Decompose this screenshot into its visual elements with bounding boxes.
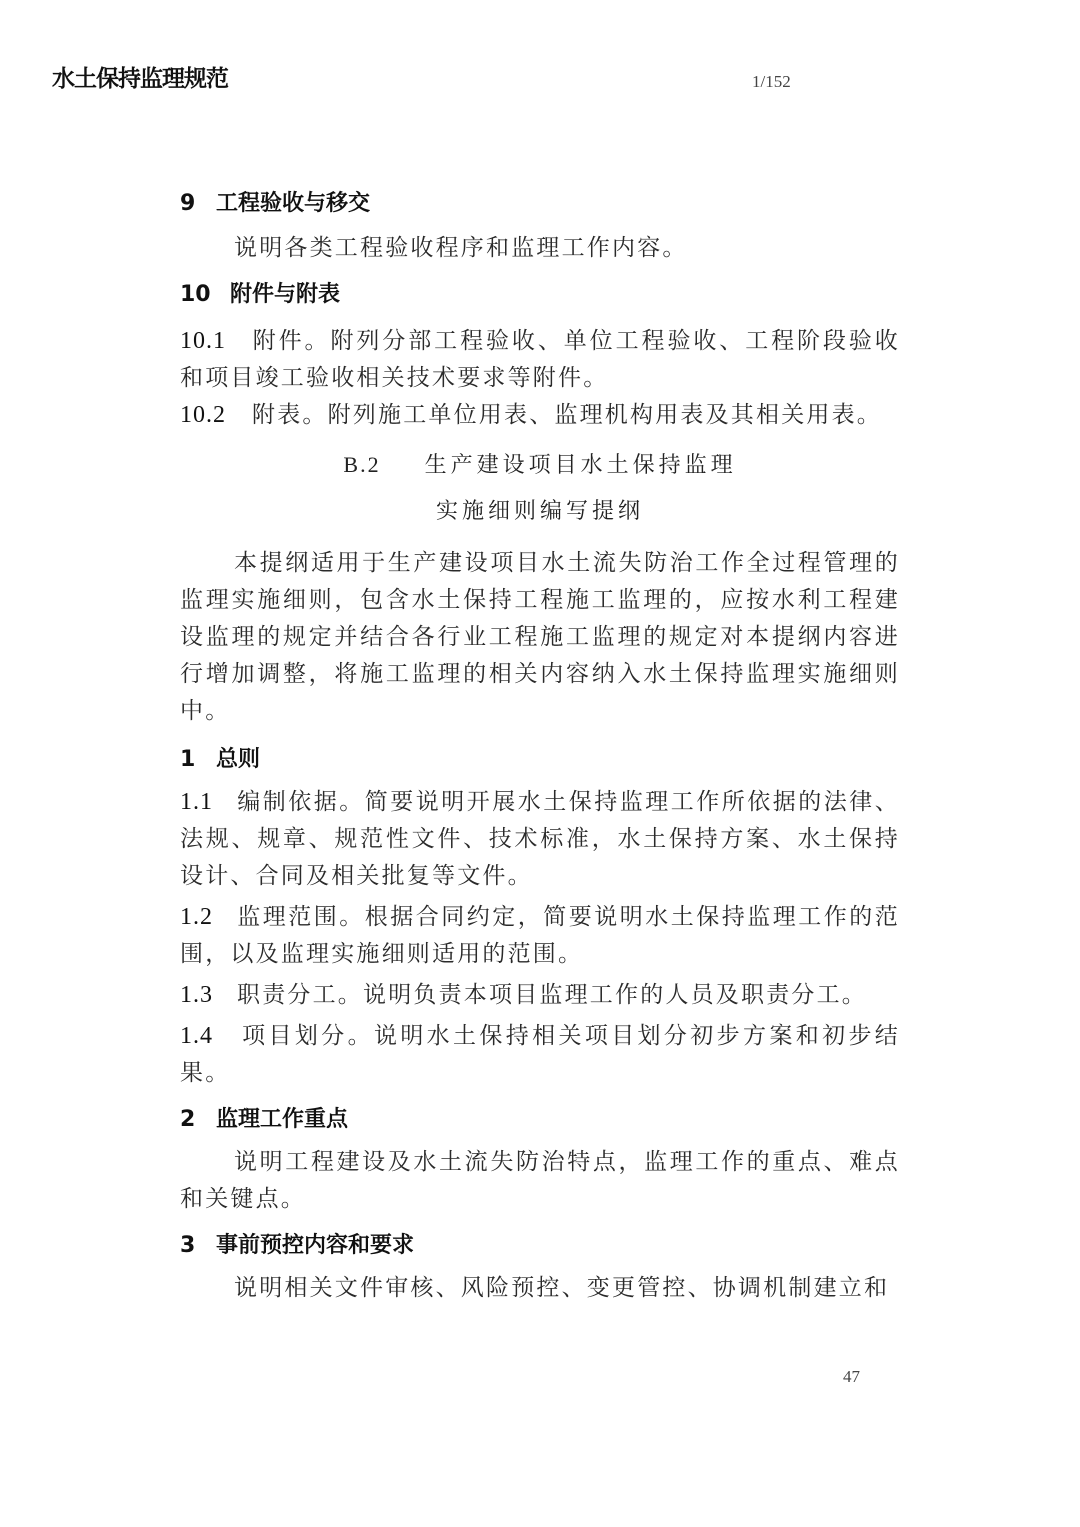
section-body-2: 说明工程建设及水土流失防治特点，监理工作的重点、难点和关键点。 bbox=[180, 1144, 900, 1218]
clause-number: 1.2 bbox=[180, 899, 213, 936]
section-heading-9: 9工程验收与移交 bbox=[180, 186, 900, 222]
section-number: 3 bbox=[180, 1228, 216, 1264]
section-title: 事前预控内容和要求 bbox=[216, 1233, 414, 1258]
section-body-3: 说明相关文件审核、风险预控、变更管控、协调机制建立和 bbox=[180, 1270, 900, 1307]
clause-number: 1.4 bbox=[180, 1018, 213, 1055]
clause-10-2: 10.2附表。附列施工单位用表、监理机构用表及其相关用表。 bbox=[180, 397, 900, 434]
clause-1-4: 1.4项目划分。说明水土保持相关项目划分初步方案和初步结果。 bbox=[180, 1018, 900, 1092]
section-title: 附件与附表 bbox=[230, 282, 340, 307]
appendix-code: B.2 bbox=[343, 452, 380, 477]
clause-number: 1.3 bbox=[180, 977, 213, 1014]
clause-1-3: 1.3职责分工。说明负责本项目监理工作的人员及职责分工。 bbox=[180, 977, 900, 1014]
clause-1-2: 1.2监理范围。根据合同约定，简要说明水土保持监理工作的范围，以及监理实施细则适… bbox=[180, 899, 900, 973]
clause-number: 10.2 bbox=[180, 397, 226, 434]
appendix-title: 生产建设项目水土保持监理 bbox=[425, 453, 737, 478]
page-number: 47 bbox=[843, 1367, 860, 1387]
page-content: 9工程验收与移交 说明各类工程验收程序和监理工作内容。 10附件与附表 10.1… bbox=[180, 186, 900, 1307]
section-number: 1 bbox=[180, 742, 216, 778]
clause-1-1: 1.1编制依据。简要说明开展水土保持监理工作所依据的法律、法规、规章、规范性文件… bbox=[180, 784, 900, 895]
section-title: 工程验收与移交 bbox=[216, 191, 370, 216]
clause-text: 职责分工。说明负责本项目监理工作的人员及职责分工。 bbox=[237, 982, 867, 1008]
clause-number: 10.1 bbox=[180, 323, 226, 360]
clause-10-1: 10.1附件。附列分部工程验收、单位工程验收、工程阶段验收和项目竣工验收相关技术… bbox=[180, 323, 900, 397]
section-title: 监理工作重点 bbox=[216, 1107, 348, 1132]
clause-text: 监理范围。根据合同约定，简要说明水土保持监理工作的范围，以及监理实施细则适用的范… bbox=[180, 904, 900, 967]
document-title: 水土保持监理规范 bbox=[52, 62, 228, 96]
section-heading-2: 2监理工作重点 bbox=[180, 1102, 900, 1138]
section-heading-1: 1总则 bbox=[180, 742, 900, 778]
section-number: 9 bbox=[180, 186, 216, 222]
appendix-title-line-1: B.2生产建设项目水土保持监理 bbox=[180, 442, 900, 489]
section-body-9: 说明各类工程验收程序和监理工作内容。 bbox=[180, 230, 900, 267]
section-number: 2 bbox=[180, 1102, 216, 1138]
clause-text: 编制依据。简要说明开展水土保持监理工作所依据的法律、法规、规章、规范性文件、技术… bbox=[180, 789, 900, 889]
appendix-title-line-2: 实施细则编写提纲 bbox=[180, 489, 900, 535]
clause-text: 附表。附列施工单位用表、监理机构用表及其相关用表。 bbox=[252, 402, 882, 428]
page-indicator: 1/152 bbox=[752, 70, 791, 94]
section-heading-10: 10附件与附表 bbox=[180, 277, 900, 313]
clause-text: 项目划分。说明水土保持相关项目划分初步方案和初步结果。 bbox=[180, 1023, 900, 1086]
section-number: 10 bbox=[180, 277, 230, 313]
section-heading-3: 3事前预控内容和要求 bbox=[180, 1228, 900, 1264]
appendix-intro: 本提纲适用于生产建设项目水土流失防治工作全过程管理的监理实施细则，包含水土保持工… bbox=[180, 545, 900, 730]
clause-number: 1.1 bbox=[180, 784, 213, 821]
clause-text: 附件。附列分部工程验收、单位工程验收、工程阶段验收和项目竣工验收相关技术要求等附… bbox=[180, 328, 900, 391]
section-title: 总则 bbox=[216, 747, 260, 772]
